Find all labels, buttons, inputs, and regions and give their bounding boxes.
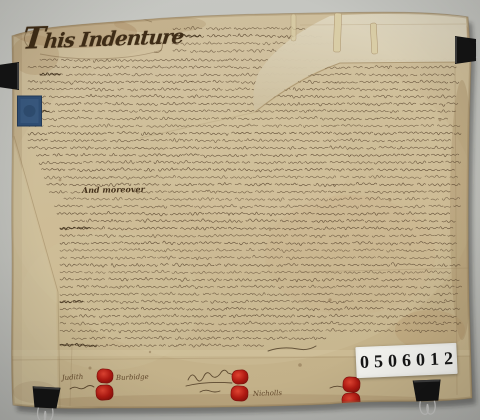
archive-label-number: 0506012 — [355, 348, 459, 373]
heading-calligraphy: This Indenture — [20, 19, 181, 69]
binder-clip-left — [0, 62, 19, 90]
binder-clip-right — [455, 36, 480, 64]
binder-clip-bottom-right — [413, 380, 442, 415]
binder-clip-bottom-left — [31, 386, 61, 420]
photo-background: And moreover Judith — [0, 0, 480, 420]
blue-duty-stamp — [18, 96, 42, 126]
signature-nicholls: Nicholls — [252, 389, 283, 398]
archive-label: 0506012 — [355, 343, 457, 378]
signature-judith: Judith — [60, 373, 84, 382]
phrase-and-moreover: And moreover — [81, 184, 146, 195]
signature-burbidge: Burbidge — [115, 373, 149, 382]
